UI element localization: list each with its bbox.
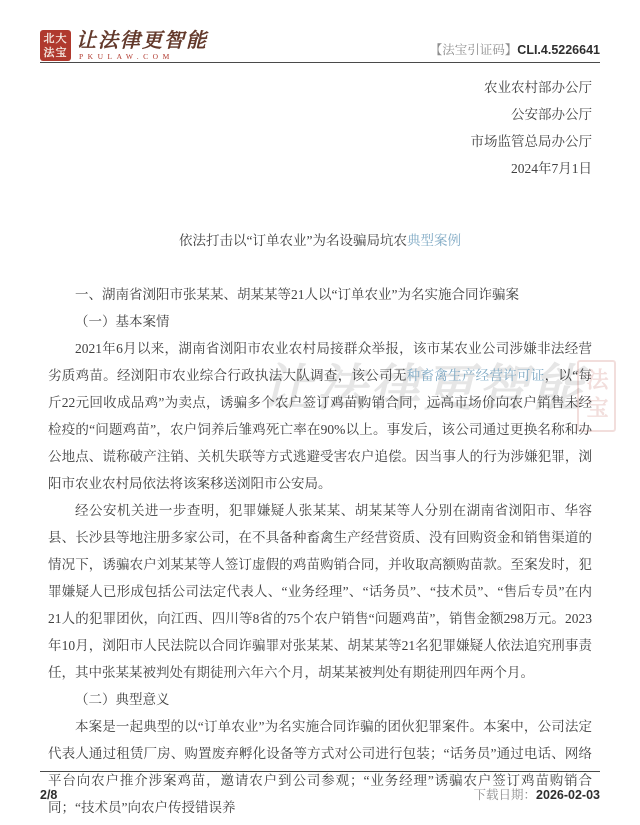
pkulaw-logo: 北大 法宝 让法律更智能 PKULAW.COM [40, 30, 208, 62]
citation-code-value: CLI.4.5226641 [517, 43, 600, 57]
issuer-item: 农业农村部办公厅 [48, 74, 592, 101]
paragraph-text: ，以“每斤22元回收成品鸡”为卖点，诱骗多个农户签订鸡苗购销合同，远高市场价向农… [48, 368, 592, 491]
issuer-item: 公安部办公厅 [48, 101, 592, 128]
seal-row-2: 法宝 [40, 46, 71, 60]
document-title: 依法打击以“订单农业”为名设骗局坑农典型案例 [48, 231, 592, 251]
logo-text: 让法律更智能 PKULAW.COM [76, 30, 208, 62]
license-term-link[interactable]: 种畜禽生产经营许可证 [407, 368, 545, 383]
title-text: 依法打击以“订单农业”为名设骗局坑农 [179, 233, 407, 248]
document-page: 北大 法宝 让法律更智能 PKULAW.COM 【法宝引证码】CLI.4.522… [0, 0, 640, 825]
logo-domain: PKULAW.COM [76, 52, 208, 62]
case-heading: 一、湖南省浏阳市张某某、胡某某等21人以“订单农业”为名实施合同诈骗案 [48, 281, 592, 308]
header-divider [40, 62, 600, 63]
logo-slogan: 让法律更智能 [76, 30, 208, 52]
seal-row-1: 北大 [40, 32, 71, 46]
issue-date: 2024年7月1日 [48, 155, 592, 182]
citation-code: 【法宝引证码】CLI.4.5226641 [430, 40, 600, 62]
page-header: 北大 法宝 让法律更智能 PKULAW.COM 【法宝引证码】CLI.4.522… [40, 20, 600, 62]
document-body: 一、湖南省浏阳市张某某、胡某某等21人以“订单农业”为名实施合同诈骗案 （一）基… [48, 281, 592, 821]
issuer-list: 农业农村部办公厅 公安部办公厅 市场监管总局办公厅 2024年7月1日 [48, 74, 592, 182]
paragraph-typical-significance: 本案是一起典型的以“订单农业”为名实施合同诈骗的团伙犯罪案件。本案中，公司法定代… [48, 713, 592, 821]
section-heading-basic-facts: （一）基本案情 [48, 308, 592, 335]
section-heading-typical-significance: （二）典型意义 [48, 686, 592, 713]
citation-code-label: 【法宝引证码】 [430, 43, 518, 57]
paragraph-basic-facts-1: 2021年6月以来，湖南省浏阳市农业农村局接群众举报，该市某农业公司涉嫌非法经营… [48, 335, 592, 497]
issuer-item: 市场监管总局办公厅 [48, 128, 592, 155]
title-case-link[interactable]: 典型案例 [407, 233, 461, 248]
paragraph-basic-facts-2: 经公安机关进一步查明，犯罪嫌疑人张某某、胡某某等人分别在湖南省浏阳市、华容县、长… [48, 497, 592, 686]
pkulaw-seal-icon: 北大 法宝 [40, 30, 71, 61]
